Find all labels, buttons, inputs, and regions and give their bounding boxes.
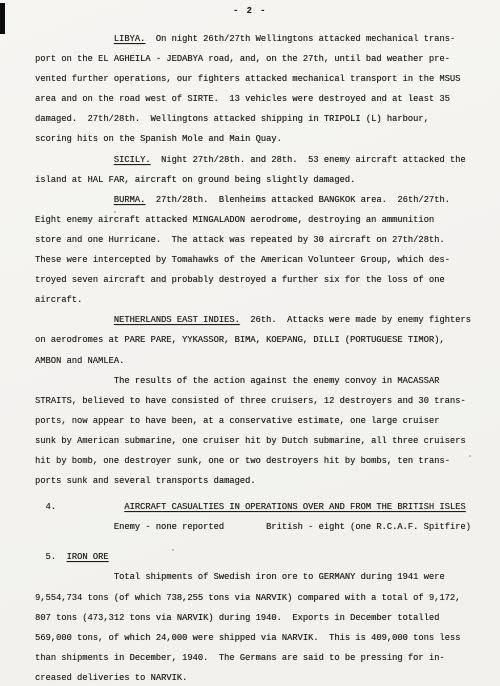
section-sicily: SICILY. Night 27th/28th. and 28th. 53 en…	[35, 150, 500, 190]
text-line: Total shipments of Swedish iron ore to G…	[35, 567, 500, 587]
text-line: Eight enemy aircraft attacked MINGALADON…	[35, 210, 500, 230]
line-text: on aerodromes at PARE PARE, YYKASSOR, BI…	[35, 335, 445, 345]
line-text: 27th/28th. Blenheims attacked BANGKOK ar…	[145, 195, 450, 205]
section-netherlands-east-indies: NETHERLANDS EAST INDIES. 26th. Attacks w…	[35, 310, 500, 370]
text-line: AMBON and NAMLEA.	[35, 351, 500, 371]
text-line: aircraft.	[35, 290, 500, 310]
line-text: 9,554,734 tons (of which 738,255 tons vi…	[35, 593, 460, 603]
text-line: 807 tons (473,312 tons via NARVIK) durin…	[35, 608, 500, 628]
line-text: 5.	[35, 552, 67, 562]
underlined-heading-text: NETHERLANDS EAST INDIES.	[114, 315, 240, 325]
page-number: - 2 -	[0, 6, 500, 16]
line-text: store and one Hurricane. The attack was …	[35, 235, 445, 245]
document-page: - 2 - LIBYA. On night 26th/27th Wellingt…	[0, 0, 500, 686]
text-line: 9,554,734 tons (of which 738,255 tons vi…	[35, 588, 500, 608]
text-line: damaged. 27th/28th. Wellingtons attacked…	[35, 109, 500, 129]
line-text: 569,000 tons, of which 24,000 were shipp…	[35, 633, 460, 643]
text-line: 5. IRON ORE	[35, 547, 500, 567]
line-text: ports sunk and several transports damage…	[35, 476, 256, 486]
line-text	[35, 34, 114, 44]
line-text	[35, 195, 114, 205]
line-text: AMBON and NAMLEA.	[35, 356, 124, 366]
text-line: ports sunk and several transports damage…	[35, 471, 500, 491]
line-text: vented further operations, our fighters …	[35, 74, 460, 84]
section-macassar-convoy: The results of the action against the en…	[35, 371, 500, 492]
text-line: ports, now appear to have been, at a con…	[35, 411, 500, 431]
line-text: port on the EL AGHEILA - JEDABYA road, a…	[35, 54, 450, 64]
underlined-heading-text: BURMA.	[114, 195, 146, 205]
line-text: Night 27th/28th. and 28th. 53 enemy airc…	[151, 155, 466, 165]
line-text: The results of the action against the en…	[35, 376, 439, 386]
line-text: 4.	[35, 502, 124, 512]
text-line: sunk by American submarine, one cruiser …	[35, 431, 500, 451]
text-line: than shipments in December, 1940. The Ge…	[35, 648, 500, 668]
text-line: on aerodromes at PARE PARE, YYKASSOR, BI…	[35, 330, 500, 350]
underlined-heading-text: SICILY.	[114, 155, 151, 165]
text-line: store and one Hurricane. The attack was …	[35, 230, 500, 250]
line-text: area and on the road west of SIRTE. 13 v…	[35, 94, 450, 104]
line-text: On night 26th/27th Wellingtons attacked …	[145, 34, 455, 44]
text-line: hit by bomb, one destroyer sunk, one or …	[35, 451, 500, 471]
section-iron-ore: 5. IRON ORE Total shipments of Swedish i…	[35, 547, 500, 686]
line-text: troyed seven aircraft and probably destr…	[35, 275, 445, 285]
underlined-heading-text: LIBYA.	[114, 34, 146, 44]
text-line: Enemy - none reported British - eight (o…	[35, 517, 500, 537]
section-burma: BURMA. 27th/28th. Blenheims attacked BAN…	[35, 190, 500, 311]
line-text: STRAITS, believed to have consisted of t…	[35, 396, 466, 406]
line-text: These were intercepted by Tomahawks of t…	[35, 255, 450, 265]
line-text: scoring hits on the Spanish Mole and Mai…	[35, 134, 282, 144]
section-libya: LIBYA. On night 26th/27th Wellingtons at…	[35, 29, 500, 150]
text-line: These were intercepted by Tomahawks of t…	[35, 250, 500, 270]
document-body: LIBYA. On night 26th/27th Wellingtons at…	[35, 29, 500, 686]
underlined-heading-text: AIRCRAFT CASUALTIES IN OPERATIONS OVER A…	[124, 502, 465, 512]
line-text: ports, now appear to have been, at a con…	[35, 416, 439, 426]
line-text: 26th. Attacks were made by enemy fighter…	[240, 315, 471, 325]
text-line: scoring hits on the Spanish Mole and Mai…	[35, 129, 500, 149]
text-line: port on the EL AGHEILA - JEDABYA road, a…	[35, 49, 500, 69]
text-line: troyed seven aircraft and probably destr…	[35, 270, 500, 290]
line-text: sunk by American submarine, one cruiser …	[35, 436, 466, 446]
text-line: NETHERLANDS EAST INDIES. 26th. Attacks w…	[35, 310, 500, 330]
line-text	[35, 155, 114, 165]
line-text: than shipments in December, 1940. The Ge…	[35, 653, 445, 663]
text-line: LIBYA. On night 26th/27th Wellingtons at…	[35, 29, 500, 49]
line-text: Eight enemy aircraft attacked MINGALADON…	[35, 215, 434, 225]
line-text: 807 tons (473,312 tons via NARVIK) durin…	[35, 613, 439, 623]
line-text: island at HAL FAR, aircraft on ground be…	[35, 175, 355, 185]
line-text: hit by bomb, one destroyer sunk, one or …	[35, 456, 450, 466]
text-line: BURMA. 27th/28th. Blenheims attacked BAN…	[35, 190, 500, 210]
line-text: Enemy - none reported British - eight (o…	[35, 522, 471, 532]
text-line: island at HAL FAR, aircraft on ground be…	[35, 170, 500, 190]
text-line: area and on the road west of SIRTE. 13 v…	[35, 89, 500, 109]
text-line: vented further operations, our fighters …	[35, 69, 500, 89]
text-line: 4. AIRCRAFT CASUALTIES IN OPERATIONS OVE…	[35, 497, 500, 517]
text-line: 569,000 tons, of which 24,000 were shipp…	[35, 628, 500, 648]
line-text: creased deliveries to NARVIK.	[35, 673, 187, 683]
line-text: Total shipments of Swedish iron ore to G…	[35, 572, 445, 582]
text-line: STRAITS, believed to have consisted of t…	[35, 391, 500, 411]
text-line: The results of the action against the en…	[35, 371, 500, 391]
underlined-heading-text: IRON ORE	[67, 552, 109, 562]
text-line: creased deliveries to NARVIK.	[35, 668, 500, 686]
line-text: aircraft.	[35, 295, 82, 305]
section-casualties: 4. AIRCRAFT CASUALTIES IN OPERATIONS OVE…	[35, 497, 500, 537]
line-text: damaged. 27th/28th. Wellingtons attacked…	[35, 114, 429, 124]
text-line: SICILY. Night 27th/28th. and 28th. 53 en…	[35, 150, 500, 170]
line-text	[35, 315, 114, 325]
